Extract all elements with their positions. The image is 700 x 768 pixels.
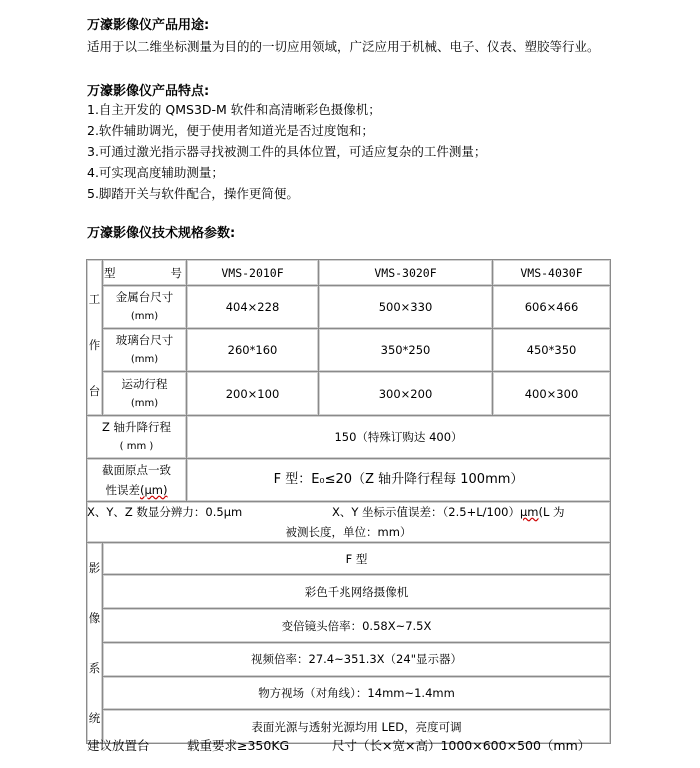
row-unit: (mm) bbox=[103, 350, 186, 370]
row-label: 玻璃台尺寸 bbox=[103, 330, 186, 350]
row-label: 运动行程 bbox=[103, 374, 186, 394]
z-travel-value: 150（特殊订购达 400） bbox=[187, 416, 611, 459]
model-label-left: 型 bbox=[103, 263, 116, 283]
coordinate-error-text: X、Y 坐标示值误差：（2.5+L/100） bbox=[332, 505, 520, 519]
value-cell: 200×100 bbox=[187, 372, 319, 416]
specs-title: 万濠影像仪技术规格参数: bbox=[87, 222, 235, 241]
feature-item-4: 4.可实现高度辅助测量； bbox=[87, 163, 224, 181]
value-cell: 606×466 bbox=[493, 286, 611, 329]
glass-table-label: 玻璃台尺寸(mm) bbox=[103, 329, 187, 372]
value-cell: 350*250 bbox=[319, 329, 493, 372]
imaging-row: 视频倍率：27.4~351.3X（24"显示器） bbox=[103, 642, 611, 676]
row-unit: (mm) bbox=[103, 394, 186, 414]
value-cell: 400×300 bbox=[493, 372, 611, 416]
resolution-text: X、Y、Z 数显分辨力：0.5μm bbox=[87, 502, 242, 522]
feature-item-1: 1.自主开发的 QMS3D-M 软件和高清晰彩色摄像机； bbox=[87, 100, 381, 118]
usage-title: 万濠影像仪产品用途: bbox=[87, 14, 209, 33]
value-cell: 404×228 bbox=[187, 286, 319, 329]
row-label: 金属台尺寸 bbox=[103, 287, 186, 307]
footer-label: 建议放置台 bbox=[87, 736, 150, 754]
group-char: 作 bbox=[87, 322, 102, 368]
row-label-2: 性误差(μm) bbox=[87, 480, 186, 500]
feature-item-5: 5.脚踏开关与软件配合，操作更简便。 bbox=[87, 184, 299, 202]
row-unit: ( mm ) bbox=[87, 437, 186, 457]
usage-text: 适用于以二维坐标测量为目的的一切应用领域，广泛应用于机械、电子、仪表、塑胶等行业… bbox=[87, 37, 600, 55]
group-char: 工 bbox=[87, 276, 102, 322]
imaging-row: 物方视场（对角线）：14mm~1.4mm bbox=[103, 676, 611, 710]
z-travel-label: Z 轴升降行程( mm ) bbox=[87, 416, 187, 459]
row-unit: (mm) bbox=[103, 307, 186, 327]
imaging-row: F 型 bbox=[103, 543, 611, 575]
coordinate-error: X、Y 坐标示值误差：（2.5+L/100）μm(L 为 bbox=[332, 502, 565, 522]
resolution-line-2: 被测长度，单位：mm） bbox=[87, 522, 610, 542]
unit-text: μm bbox=[520, 505, 539, 519]
group-char: 系 bbox=[87, 643, 102, 693]
footer-load: 载重要求≥350KG bbox=[187, 736, 289, 754]
row-label: Z 轴升降行程 bbox=[87, 417, 186, 437]
coordinate-error-note: (L 为 bbox=[539, 505, 565, 519]
metal-table-label: 金属台尺寸(mm) bbox=[103, 286, 187, 329]
model-cell: VMS-4030F bbox=[493, 260, 611, 286]
group-char: 影 bbox=[87, 543, 102, 593]
feature-item-2: 2.软件辅助调光，便于使用者知道光是否过度饱和； bbox=[87, 121, 374, 139]
value-cell: 500×330 bbox=[319, 286, 493, 329]
spec-table: 工 作 台 型 号 VMS-2010F VMS-3020F VMS-4030F … bbox=[86, 259, 611, 744]
features-title: 万濠影像仪产品特点: bbox=[87, 80, 209, 99]
resolution-cell: X、Y、Z 数显分辨力：0.5μm X、Y 坐标示值误差：（2.5+L/100）… bbox=[87, 502, 611, 543]
value-cell: 300×200 bbox=[319, 372, 493, 416]
feature-item-3: 3.可通过激光指示器寻找被测工件的具体位置，可适应复杂的工件测量； bbox=[87, 142, 486, 160]
imaging-row: 彩色千兆网络摄像机 bbox=[103, 575, 611, 609]
group-char: 像 bbox=[87, 593, 102, 643]
travel-label: 运动行程(mm) bbox=[103, 372, 187, 416]
group-char: 台 bbox=[87, 368, 102, 414]
imaging-group-label: 影 像 系 统 bbox=[87, 543, 103, 744]
model-label-right: 号 bbox=[171, 263, 187, 283]
model-cell: VMS-2010F bbox=[187, 260, 319, 286]
value-cell: 450*350 bbox=[493, 329, 611, 372]
worktable-group-label: 工 作 台 bbox=[87, 260, 103, 416]
footer-size: 尺寸（长×宽×高）1000×600×500（mm） bbox=[332, 736, 590, 754]
row-unit: (μm) bbox=[140, 483, 168, 497]
value-cell: 260*160 bbox=[187, 329, 319, 372]
row-label-text: 性误差 bbox=[106, 483, 141, 497]
model-label: 型 号 bbox=[103, 260, 187, 286]
model-cell: VMS-3020F bbox=[319, 260, 493, 286]
row-label: 截面原点一致 bbox=[87, 460, 186, 480]
imaging-row: 变倍镜头倍率：0.58X~7.5X bbox=[103, 609, 611, 643]
resolution-line-1: X、Y、Z 数显分辨力：0.5μm X、Y 坐标示值误差：（2.5+L/100）… bbox=[87, 502, 610, 522]
origin-error-label: 截面原点一致性误差(μm) bbox=[87, 459, 187, 502]
origin-error-value: F 型：E₀≤20（Z 轴升降行程每 100mm） bbox=[187, 459, 611, 502]
